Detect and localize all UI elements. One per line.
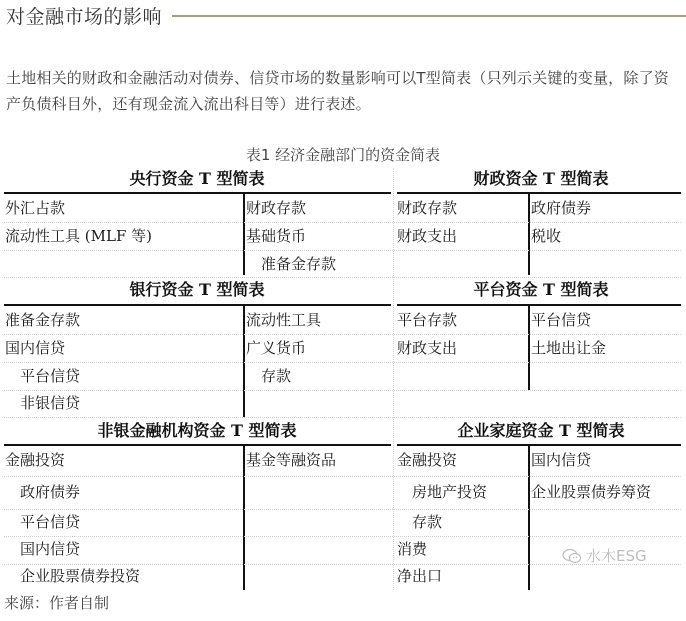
fiscal-right-1: 税收 <box>531 222 561 251</box>
t-divider <box>528 305 530 390</box>
bank-left-0: 准备金存款 <box>5 306 80 335</box>
enterprise-left-3: 消费 <box>397 535 427 564</box>
enterprise-left-0: 金融投资 <box>397 446 457 475</box>
nonbank-left-4: 企业股票债券投资 <box>5 562 140 591</box>
central-bank-left-1: 流动性工具 (MLF 等) <box>5 222 152 251</box>
central-bank-left-0: 外汇占款 <box>5 194 65 223</box>
watermark-text: 水木ESG <box>586 545 647 566</box>
enterprise-right-1: 企业股票债券筹资 <box>531 478 651 507</box>
section-title: 对金融市场的影响 <box>6 2 162 29</box>
platform-left-1: 财政支出 <box>397 334 457 363</box>
bank-right-0: 流动性工具 <box>246 306 321 335</box>
row-divider <box>4 476 681 477</box>
fiscal-left-1: 财政支出 <box>397 222 457 251</box>
platform-left-0: 平台存款 <box>397 306 457 335</box>
panel-title-platform: 平台资金 T 型简表 <box>396 277 686 303</box>
nonbank-left-0: 金融投资 <box>5 446 65 475</box>
enterprise-left-4: 净出口 <box>397 562 442 591</box>
wechat-icon <box>562 548 582 564</box>
nonbank-right-0: 基金等融资品 <box>246 446 336 475</box>
fiscal-left-0: 财政存款 <box>397 194 457 223</box>
intro-paragraph: 土地相关的财政和金融活动对债券、信贷市场的数量影响可以T型简表（只列示关键的变量… <box>6 65 682 117</box>
bank-right-1: 广义货币 <box>246 334 306 363</box>
t-divider <box>528 193 530 275</box>
panel-title-bank: 银行资金 T 型简表 <box>0 277 394 303</box>
table-caption: 表1 经济金融部门的资金简表 <box>0 144 686 165</box>
nonbank-left-3: 国内信贷 <box>5 535 80 564</box>
panel-title-central-bank: 央行资金 T 型简表 <box>0 166 394 192</box>
section-header: 对金融市场的影响 <box>6 3 686 27</box>
row-divider <box>4 509 681 510</box>
bank-left-3: 非银信贷 <box>5 389 80 418</box>
watermark: 水木ESG <box>562 545 647 566</box>
fiscal-right-0: 政府债券 <box>531 194 591 223</box>
row-divider <box>4 536 681 537</box>
panel-title-enterprise-household: 企业家庭资金 T 型简表 <box>396 418 686 444</box>
panel-separator <box>393 168 394 590</box>
bank-right-2: 存款 <box>246 362 291 391</box>
bank-left-1: 国内信贷 <box>5 334 65 363</box>
enterprise-left-2: 存款 <box>397 508 442 537</box>
t-divider <box>243 445 245 590</box>
enterprise-left-1: 房地产投资 <box>397 478 487 507</box>
bank-left-2: 平台信贷 <box>5 362 80 391</box>
panel-title-fiscal: 财政资金 T 型简表 <box>396 166 686 192</box>
enterprise-right-0: 国内信贷 <box>531 446 591 475</box>
central-bank-right-1: 基础货币 <box>246 222 306 251</box>
panel-title-nonbank: 非银金融机构资金 T 型简表 <box>0 418 394 444</box>
section-divider <box>172 15 686 17</box>
t-divider <box>528 445 530 590</box>
platform-right-1: 土地出让金 <box>531 334 606 363</box>
t-divider <box>243 305 245 417</box>
platform-right-0: 平台信贷 <box>531 306 591 335</box>
row-divider <box>4 390 681 391</box>
central-bank-right-0: 财政存款 <box>246 194 306 223</box>
nonbank-left-1: 政府债券 <box>5 478 80 507</box>
central-bank-right-2: 准备金存款 <box>246 250 336 279</box>
nonbank-left-2: 平台信贷 <box>5 508 80 537</box>
t-divider <box>243 193 245 275</box>
source-note: 来源：作者自制 <box>4 592 109 613</box>
